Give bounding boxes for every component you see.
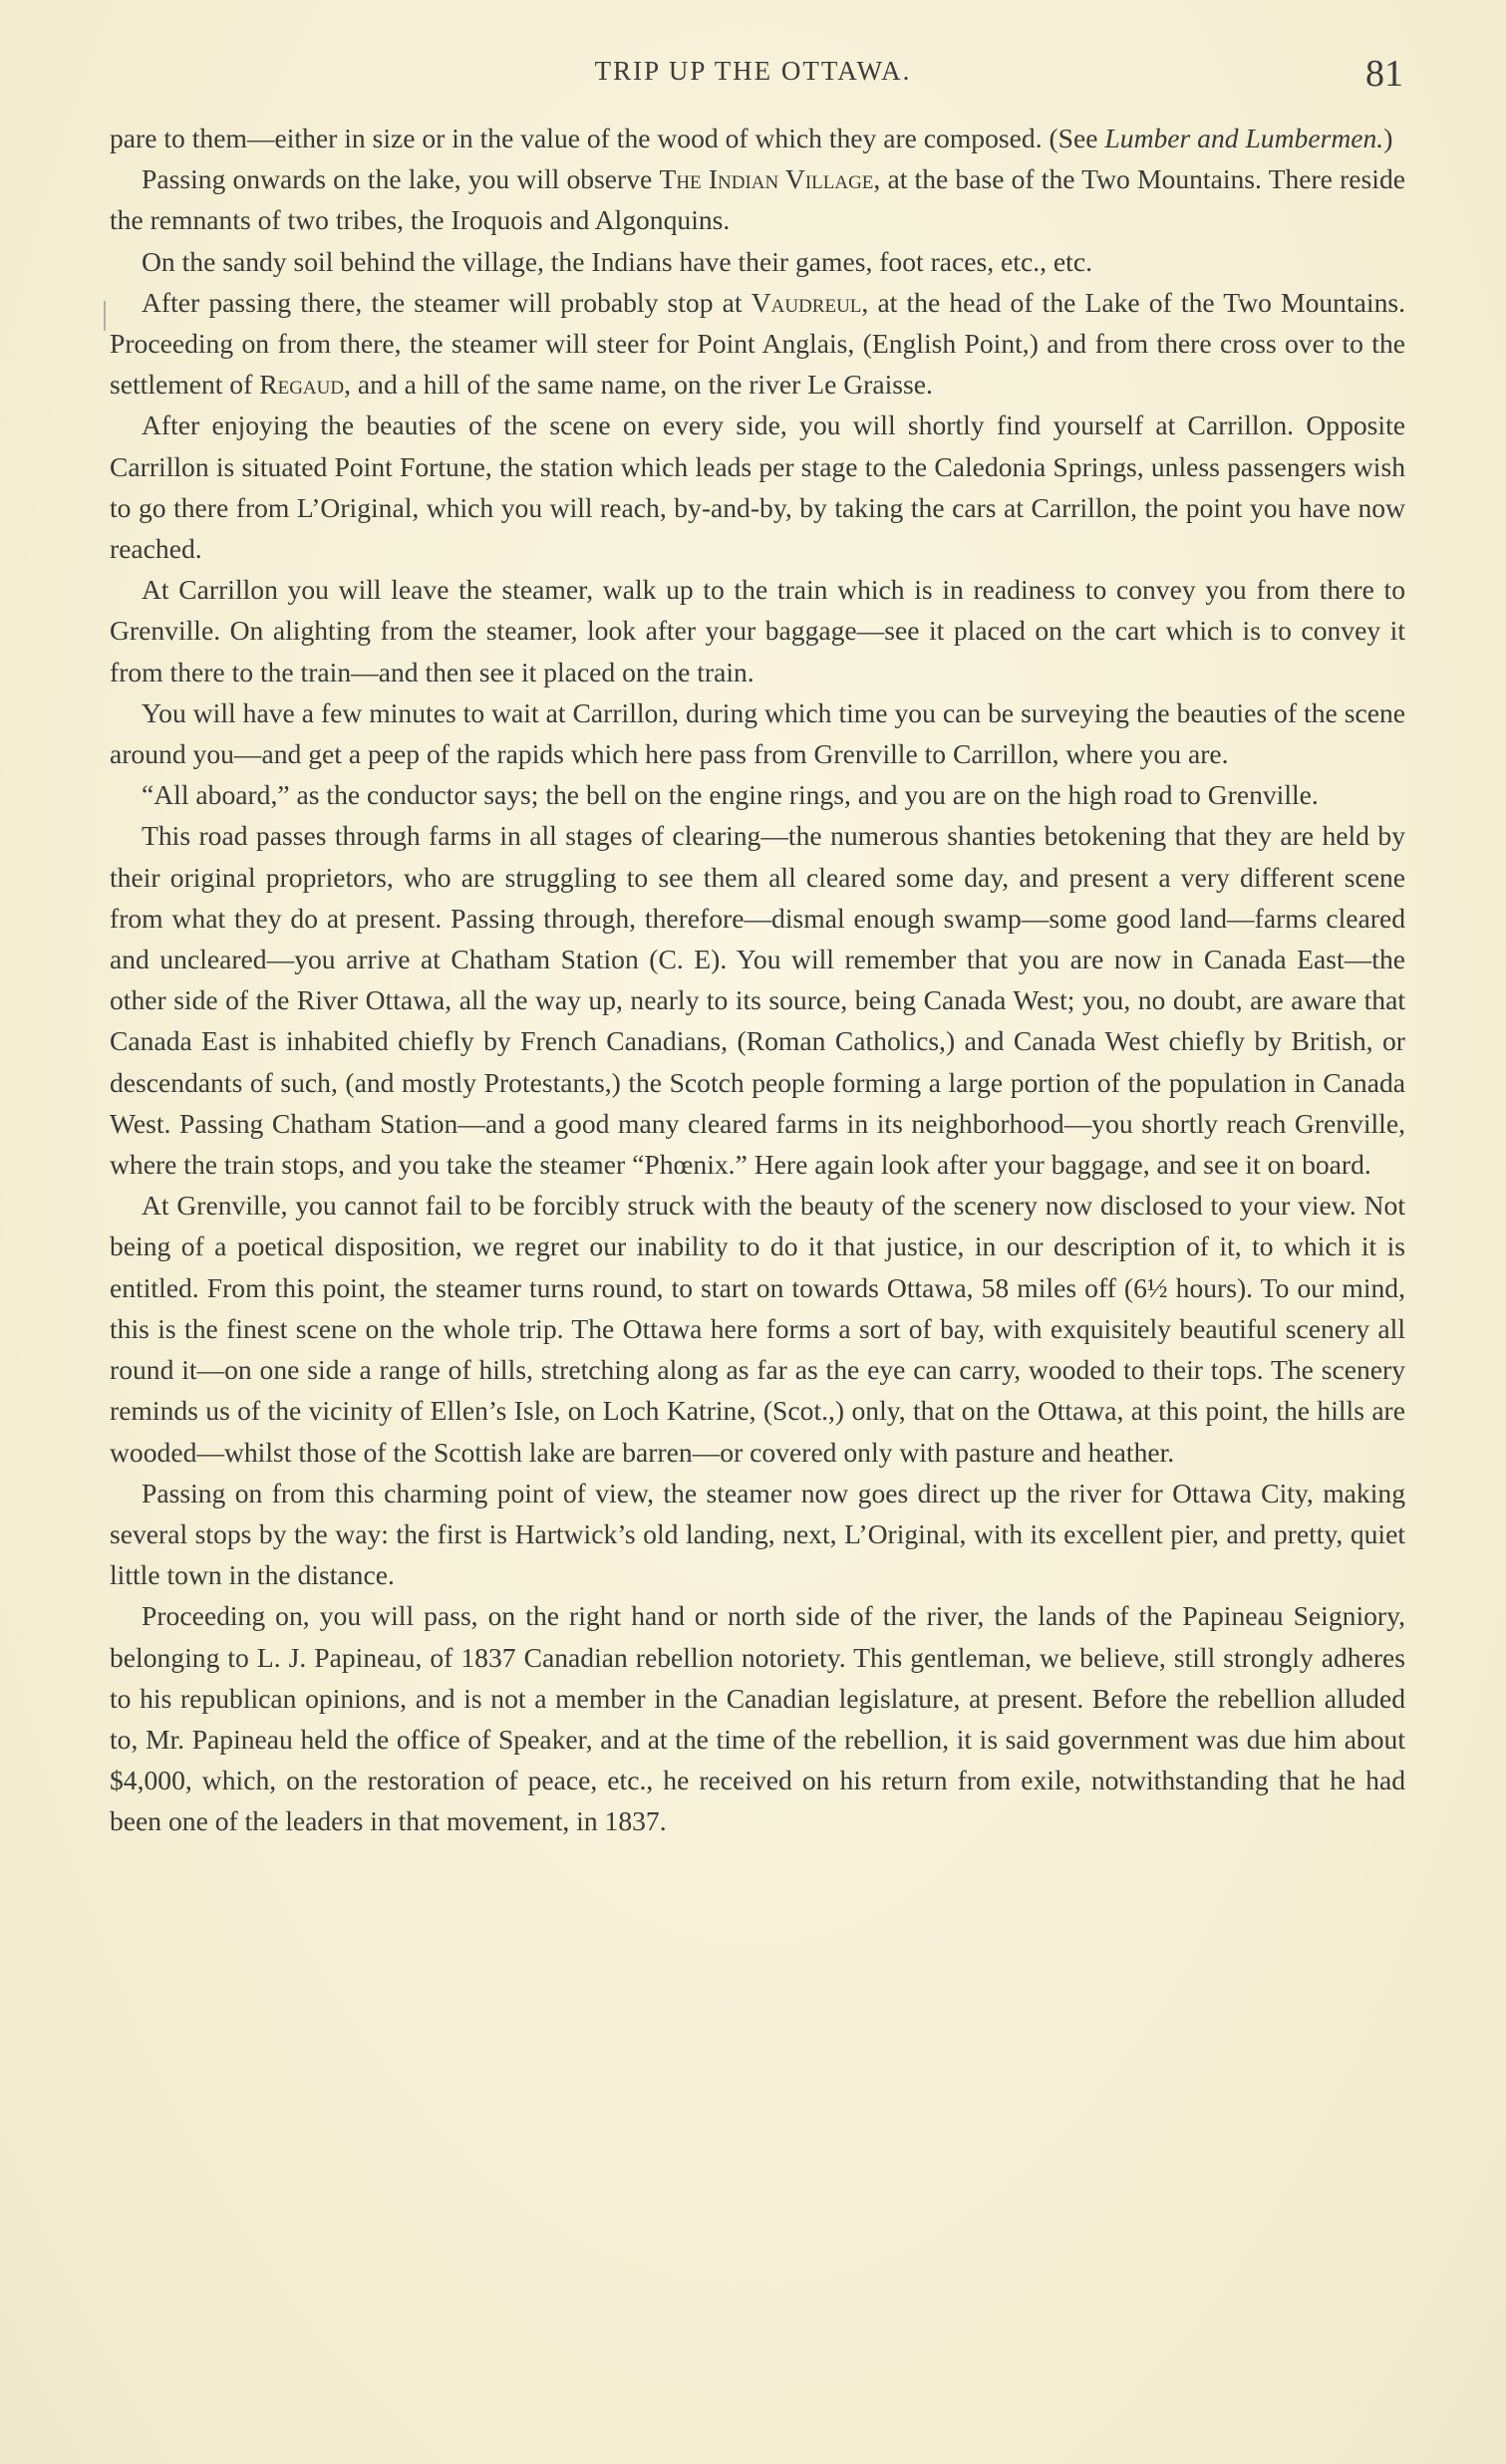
- paragraph: Proceeding on, you will pass, on the rig…: [110, 1595, 1405, 1841]
- text-segment: Proceeding on, you will pass, on the rig…: [110, 1600, 1405, 1836]
- text-segment: This road passes through farms in all st…: [110, 820, 1405, 1180]
- text-segment: At Grenville, you cannot fail to be forc…: [110, 1190, 1405, 1467]
- text-segment: pare to them—either in size or in the va…: [110, 123, 1104, 153]
- paragraph: After enjoying the beauties of the scene…: [110, 405, 1405, 569]
- place-name-small-caps: Regaud: [259, 369, 344, 400]
- paragraph: At Grenville, you cannot fail to be forc…: [110, 1185, 1405, 1472]
- paragraph: “All aboard,” as the conductor says; the…: [110, 774, 1405, 815]
- margin-mark: [104, 301, 106, 331]
- paragraph: Passing on from this charming point of v…: [110, 1473, 1405, 1596]
- paragraph: On the sandy soil behind the village, th…: [110, 241, 1405, 282]
- place-name-small-caps: The Indian Village: [659, 163, 873, 194]
- page-number: 81: [1365, 52, 1403, 96]
- text-segment: “All aboard,” as the conductor says; the…: [142, 779, 1319, 810]
- paragraph: This road passes through farms in all st…: [110, 815, 1405, 1185]
- text-segment: On the sandy soil behind the village, th…: [142, 246, 1092, 277]
- paragraph: Passing onwards on the lake, you will ob…: [110, 158, 1405, 240]
- text-segment: After enjoying the beauties of the scene…: [110, 410, 1405, 564]
- text-segment: After passing there, the steamer will pr…: [142, 287, 752, 318]
- paragraph: You will have a few minutes to wait at C…: [110, 692, 1405, 774]
- running-head: TRIP UP THE OTTAWA. 81: [0, 52, 1506, 92]
- text-segment: At Carrillon you will leave the steamer,…: [110, 574, 1405, 686]
- text-segment: Passing onwards on the lake, you will ob…: [142, 163, 659, 194]
- paragraph: pare to them—either in size or in the va…: [110, 118, 1405, 158]
- cross-reference-italic: Lumber and Lumbermen.: [1104, 123, 1383, 153]
- paragraph: After passing there, the steamer will pr…: [110, 282, 1405, 406]
- text-segment: , and a hill of the same name, on the ri…: [344, 369, 933, 400]
- body-text: pare to them—either in size or in the va…: [110, 118, 1405, 1842]
- paragraph: At Carrillon you will leave the steamer,…: [110, 569, 1405, 692]
- running-title: TRIP UP THE OTTAWA.: [0, 56, 1506, 87]
- text-segment: Passing on from this charming point of v…: [110, 1478, 1405, 1590]
- place-name-small-caps: Vaudreul: [752, 287, 862, 318]
- text-segment: ): [1383, 123, 1392, 153]
- text-segment: You will have a few minutes to wait at C…: [110, 697, 1405, 769]
